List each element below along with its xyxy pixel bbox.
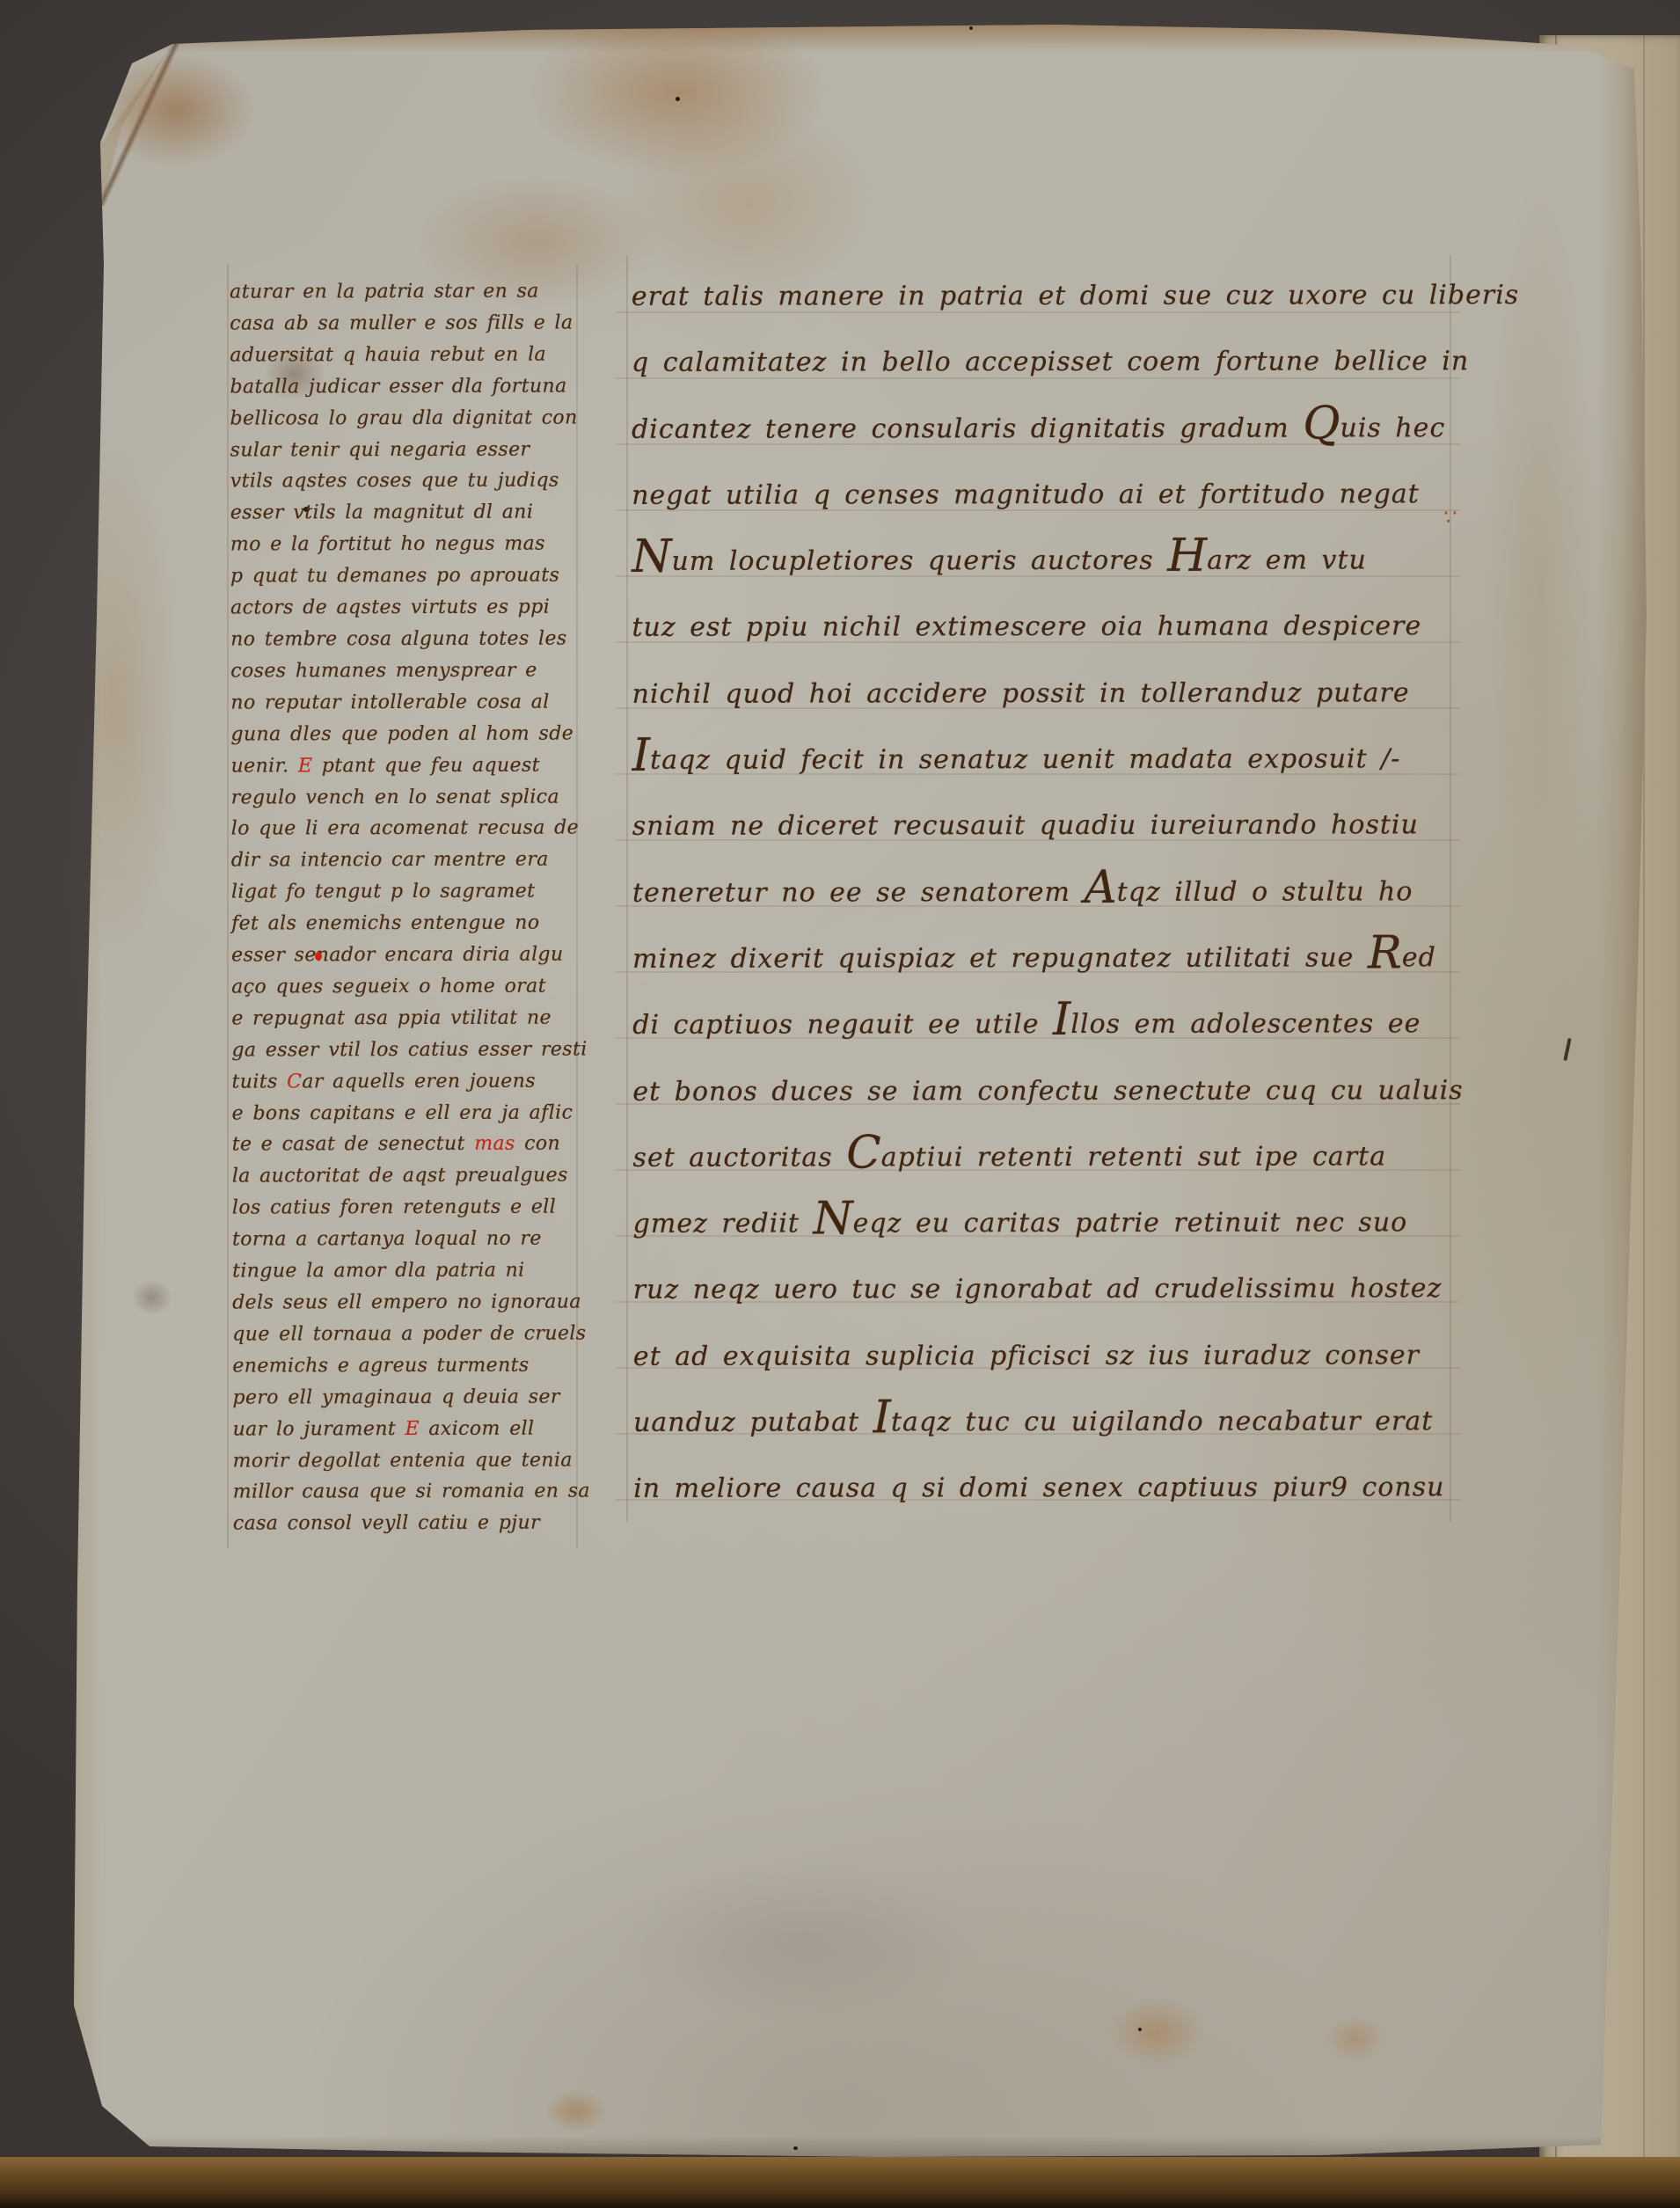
text-line: Num locupletiores queris auctores Harz e… (632, 527, 1467, 595)
text-segment: pero ell ymaginaua q deuia ser (232, 1385, 559, 1408)
text-line: aço ques segueix o home orat (231, 970, 583, 1003)
text-line: in meliore causa q si domi senex captiuu… (633, 1455, 1469, 1523)
text-line: negat utilia q censes magnitudo ai et fo… (632, 461, 1467, 529)
text-line: lo que li era acomenat recusa de (231, 813, 583, 845)
text-line: millor causa que si romania en sa (233, 1476, 585, 1509)
text-segment: ga esser vtil los catius esser resti (231, 1038, 587, 1061)
text-segment: tuz est ppiu nichil extimescere oia huma… (632, 611, 1421, 644)
text-line: te e casat de senectut mas con (232, 1129, 584, 1161)
text-line: aturar en la patria star en sa (230, 275, 581, 308)
text-line: batalla judicar esser dla fortuna (230, 370, 581, 403)
text-line: ga esser vtil los catius esser resti (231, 1034, 583, 1066)
text-line: que ell tornaua a poder de cruels (232, 1318, 584, 1350)
text-line: coses humanes menysprear e (230, 654, 582, 687)
text-line: tuits Car aquells eren jouens (231, 1065, 583, 1098)
rubricated-letter: mas (474, 1133, 515, 1155)
text-segment: set auctoritas (632, 1142, 846, 1173)
calligraphic-initial: I (873, 1391, 891, 1444)
left-edge-shading (62, 53, 102, 2146)
text-line: erat talis manere in patria et domi sue … (632, 262, 1467, 330)
text-segment: lo que li era acomenat recusa de (231, 817, 579, 840)
text-line: e repugnat asa ppia vtilitat ne (231, 1002, 583, 1035)
foxing-spot (1108, 1997, 1205, 2067)
text-segment: eqz eu caritas patrie retinuit nec suo (853, 1207, 1408, 1239)
left-edge-stain (48, 440, 180, 968)
text-segment: ar aquells eren jouens (302, 1070, 536, 1093)
text-segment: ligat fo tengut p lo sagramet (231, 881, 535, 903)
stained-top-edge (88, 23, 1645, 53)
text-line: uenir. E ptant que feu aquest (231, 749, 583, 782)
text-segment: p quat tu demanes po aprouats (230, 565, 559, 588)
text-segment: arz em vtu (1207, 545, 1367, 576)
text-line: e bons capitans e ell era ja aflic (232, 1097, 584, 1130)
text-segment: taqz tuc cu uigilando necabatur erat (891, 1406, 1433, 1437)
text-segment: uis hec (1340, 413, 1445, 443)
text-line: dicantez tenere consularis dignitatis gr… (632, 395, 1467, 463)
text-line: et bonos duces se iam confectu senectute… (632, 1057, 1468, 1125)
text-segment: esser senador encara diria algu (231, 944, 563, 967)
ink-speck (1138, 2028, 1142, 2031)
foxing-spot (545, 2089, 607, 2133)
text-line: no tembre cosa alguna totes les (230, 623, 582, 655)
foxing-spot (1324, 2014, 1385, 2063)
text-segment: gmez rediit (633, 1209, 814, 1239)
ink-speck (676, 97, 680, 101)
text-segment: torna a cartanya loqual no re (232, 1228, 542, 1251)
text-segment: nichil quod hoi accidere possit in tolle… (632, 677, 1410, 710)
text-segment: in meliore causa q si domi senex captiuu… (633, 1473, 1444, 1505)
calligraphic-initial: I (1053, 993, 1070, 1046)
text-segment: aturar en la patria star en sa (230, 281, 539, 303)
text-segment: fet als enemichs entengue no (231, 912, 539, 935)
text-segment: batalla judicar esser dla fortuna (230, 375, 566, 398)
text-segment: teneretur no ee se senatorem (632, 877, 1084, 909)
text-segment: uenir. (231, 755, 298, 777)
text-segment: regulo vench en lo senat splica (231, 786, 559, 808)
text-segment: tingue la amor dla patria ni (232, 1260, 525, 1283)
text-line: gmez rediit Neqz eu caritas patrie retin… (633, 1189, 1469, 1257)
text-segment: sular tenir qui negaria esser (230, 438, 530, 461)
calligraphic-initial: C (846, 1126, 881, 1179)
text-line: dir sa intencio car mentre era (231, 844, 583, 877)
text-segment: coses humanes menysprear e (230, 659, 537, 682)
text-segment: erat talis manere in patria et domi sue … (632, 280, 1519, 312)
text-line: sular tenir qui negaria esser (230, 434, 582, 466)
text-segment: que ell tornaua a poder de cruels (232, 1322, 586, 1345)
text-segment: uar lo jurament (233, 1418, 405, 1441)
text-line: pero ell ymaginaua q deuia ser (232, 1381, 584, 1414)
text-line: et ad exquisita suplicia pficisci sz ius… (633, 1322, 1469, 1390)
text-line: Itaqz quid fecit in senatuz uenit madata… (632, 726, 1468, 793)
text-segment: et bonos duces se iam confectu senectute… (632, 1075, 1463, 1108)
calligraphic-initial: A (1084, 861, 1116, 914)
text-segment: sniam ne diceret recusauit quadiu iureiu… (632, 810, 1419, 843)
text-segment: aduersitat q hauia rebut en la (230, 343, 546, 366)
smudge (132, 1280, 172, 1315)
fore-edge-ink-mark (1563, 1038, 1571, 1061)
corner-crease-line (99, 40, 179, 206)
text-line: uar lo jurament E axicom ell (233, 1413, 585, 1445)
text-segment: no tembre cosa alguna totes les (230, 627, 566, 650)
text-line: di captiuos negauit ee utile Illos em ad… (632, 991, 1468, 1058)
rubricated-letter: C (287, 1071, 302, 1093)
text-line: fet als enemichs entengue no (231, 908, 583, 940)
calligraphic-initial: H (1167, 530, 1207, 582)
text-segment: te e casat de senectut (232, 1133, 475, 1156)
text-line: tingue la amor dla patria ni (232, 1255, 584, 1288)
rubricated-letter: E (405, 1418, 420, 1440)
calligraphic-initial: N (813, 1193, 852, 1246)
text-segment: q calamitatez in bello accepisset coem f… (632, 346, 1469, 378)
text-segment: actors de aqstes virtuts es ppi (230, 596, 550, 619)
text-line: teneretur no ee se senatorem Atqz illud … (632, 859, 1468, 926)
calligraphic-initial: R (1368, 926, 1402, 979)
text-segment: minez dixerit quispiaz et repugnatez uti… (632, 942, 1368, 974)
text-segment: dir sa intencio car mentre era (231, 849, 549, 872)
text-segment: di captiuos negauit ee utile (632, 1009, 1053, 1041)
text-segment: um locupletiores queris auctores (671, 545, 1167, 577)
text-segment: ptant que feu aquest (312, 754, 540, 777)
text-segment: con (515, 1133, 560, 1155)
page-edge-seam (1643, 35, 1645, 2164)
text-line: casa consol veyll catiu e pjur (233, 1508, 585, 1540)
red-ink-dot (315, 952, 322, 961)
table-surface (0, 2157, 1680, 2208)
text-segment: casa consol veyll catiu e pjur (233, 1512, 540, 1535)
text-segment: casa ab sa muller e sos fills e la (230, 311, 573, 334)
text-line: vtils aqstes coses que tu judiqs (230, 465, 582, 498)
text-line: actors de aqstes virtuts es ppi (230, 592, 582, 625)
text-line: guna dles que poden al hom sde (230, 718, 582, 750)
margin-mark: ∵ (1441, 505, 1456, 530)
text-segment: e repugnat asa ppia vtilitat ne (231, 1006, 551, 1029)
text-segment: aptiui retenti retenti sut ipe carta (881, 1141, 1386, 1173)
text-segment: tuits (231, 1071, 287, 1093)
text-line: uanduz putabat Itaqz tuc cu uigilando ne… (633, 1388, 1469, 1456)
text-line: esser senador encara diria algu (231, 939, 583, 972)
text-segment: llos em adolescentes ee (1070, 1009, 1421, 1041)
manuscript-page: aturar en la patria star en sacasa ab sa… (0, 0, 1654, 2173)
text-segment: esser vtils la magnitut dl ani (230, 501, 534, 524)
right-text-column-latin: erat talis manere in patria et domi sue … (632, 262, 1469, 1522)
text-line: ruz neqz uero tuc se ignorabat ad crudel… (633, 1256, 1469, 1324)
text-line: esser vtils la magnitut dl ani (230, 497, 582, 530)
text-segment: aço ques segueix o home orat (231, 976, 546, 998)
text-line: dels seus ell empero no ignoraua (232, 1286, 584, 1319)
text-segment: morir degollat entenia que tenia (233, 1449, 573, 1472)
text-line: minez dixerit quispiaz et repugnatez uti… (632, 925, 1468, 992)
text-segment: bellicosa lo grau dla dignitat con (230, 406, 578, 429)
text-segment: millor causa que si romania en sa (233, 1481, 590, 1503)
text-line: los catius foren retenguts e ell (232, 1192, 584, 1225)
calligraphic-initial: Q (1303, 397, 1340, 450)
text-line: q calamitatez in bello accepisset coem f… (632, 328, 1467, 396)
text-line: nichil quod hoi accidere possit in tolle… (632, 660, 1468, 727)
text-segment: uanduz putabat (633, 1407, 873, 1437)
text-segment: dels seus ell empero no ignoraua (232, 1290, 581, 1313)
text-line: ligat fo tengut p lo sagramet (231, 876, 583, 909)
text-segment: ed (1402, 942, 1436, 973)
text-segment: ruz neqz uero tuc se ignorabat ad crudel… (633, 1274, 1443, 1306)
left-text-column-catalan: aturar en la patria star en sacasa ab sa… (230, 275, 585, 1539)
rubricated-letter: E (298, 755, 313, 777)
calligraphic-initial: I (632, 729, 650, 782)
ruling-line-vertical (227, 264, 229, 1548)
text-line: morir degollat entenia que tenia (233, 1444, 585, 1477)
text-segment: guna dles que poden al hom sde (230, 722, 573, 745)
text-line: regulo vench en lo senat splica (231, 781, 583, 814)
text-line: mo e la fortitut ho negus mas (230, 529, 582, 561)
text-segment: tqz illud o stultu ho (1117, 876, 1413, 908)
text-segment: et ad exquisita suplicia pficisci sz ius… (633, 1340, 1420, 1372)
text-line: bellicosa lo grau dla dignitat con (230, 402, 581, 435)
text-line: sniam ne diceret recusauit quadiu iureiu… (632, 793, 1468, 860)
text-segment: axicom ell (420, 1417, 535, 1439)
text-line: no reputar intollerable cosa al (230, 686, 582, 719)
calligraphic-initial: N (632, 530, 671, 583)
text-segment: negat utilia q censes magnitudo ai et fo… (632, 479, 1420, 511)
text-segment: mo e la fortitut ho negus mas (230, 533, 545, 556)
text-line: tuz est ppiu nichil extimescere oia huma… (632, 594, 1467, 662)
text-line: aduersitat q hauia rebut en la (230, 339, 581, 371)
text-segment: los catius foren retenguts e ell (232, 1196, 556, 1219)
text-line: enemichs e agreus turments (232, 1349, 584, 1382)
photograph-of-manuscript: aturar en la patria star en sacasa ab sa… (0, 0, 1680, 2208)
text-line: casa ab sa muller e sos fills e la (230, 307, 581, 340)
text-segment: e bons capitans e ell era ja aflic (232, 1101, 573, 1124)
text-segment: dicantez tenere consularis dignitatis gr… (632, 413, 1303, 444)
text-line: p quat tu demanes po aprouats (230, 560, 582, 593)
smudge (616, 1865, 985, 2023)
text-line: torna a cartanya loqual no re (232, 1224, 584, 1256)
text-segment: vtils aqstes coses que tu judiqs (230, 470, 559, 493)
text-segment: no reputar intollerable cosa al (230, 691, 549, 713)
text-line: set auctoritas Captiui retenti retenti s… (632, 1123, 1468, 1191)
text-segment: taqz quid fecit in senatuz uenit madata … (650, 743, 1400, 775)
text-line: la auctoritat de aqst preualgues (232, 1160, 584, 1193)
text-segment: la auctoritat de aqst preualgues (232, 1165, 568, 1188)
text-segment: enemichs e agreus turments (232, 1354, 529, 1377)
